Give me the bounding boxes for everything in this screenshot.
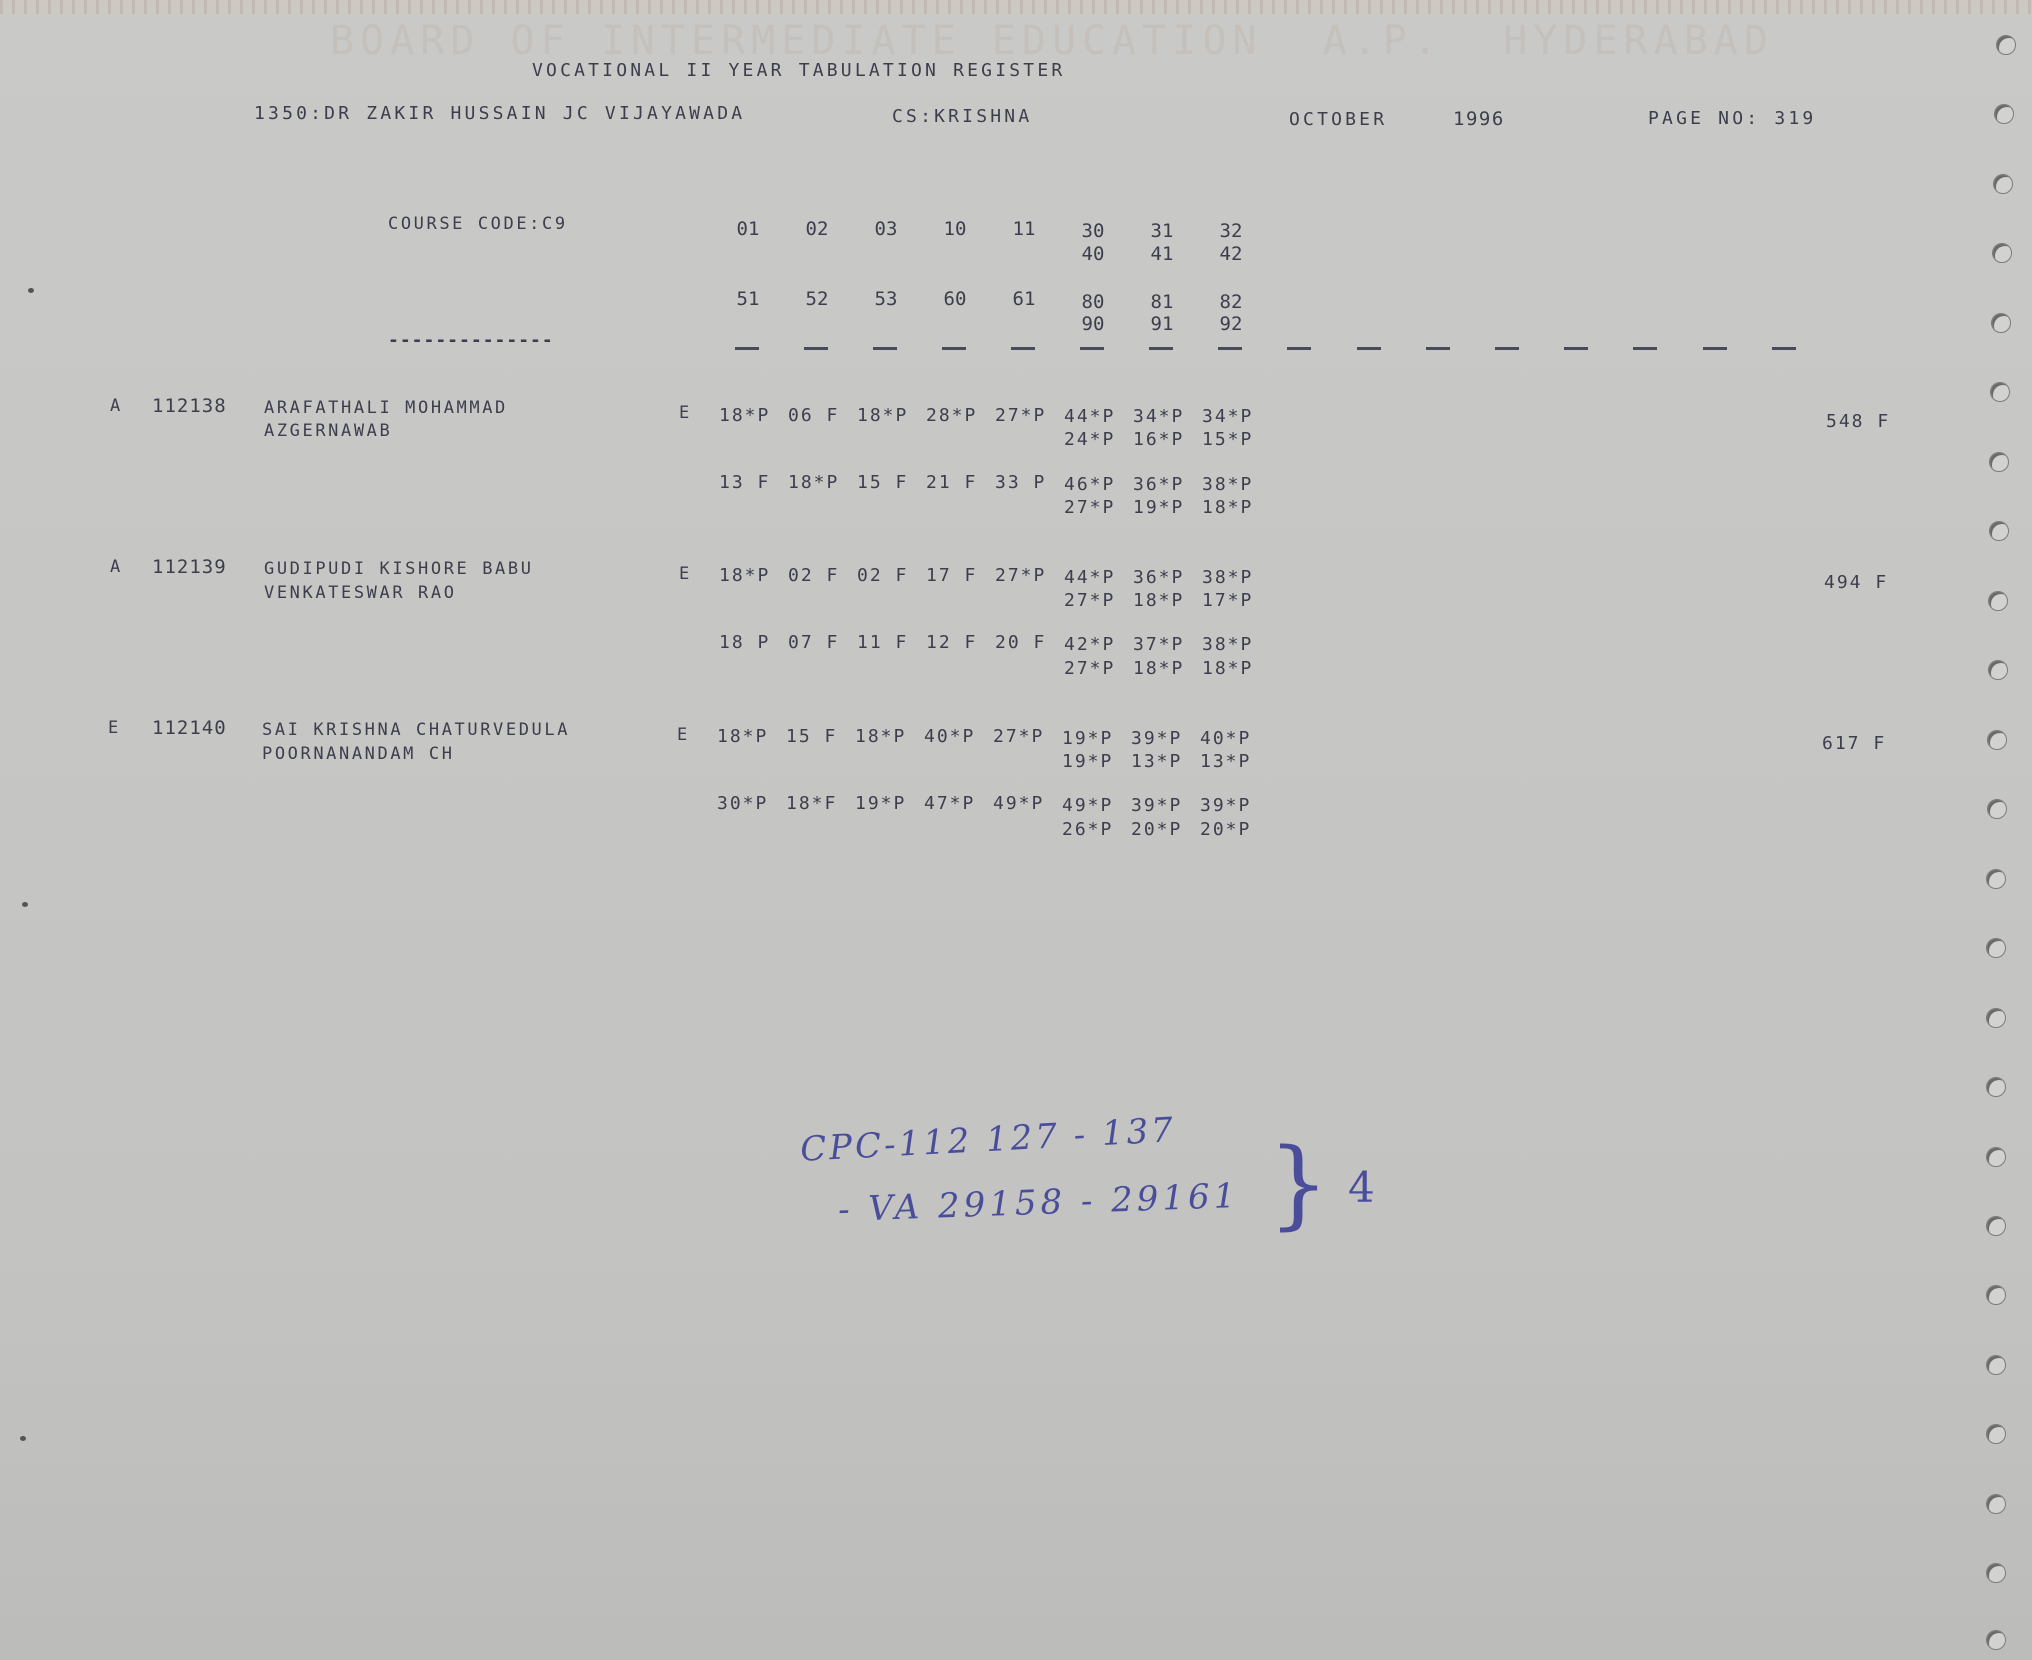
mark: 19*P	[1062, 751, 1113, 772]
page-number: PAGE NO: 319	[1648, 108, 1816, 129]
dash	[1357, 347, 1381, 350]
mark: 02 F	[788, 565, 839, 586]
dash	[1426, 347, 1450, 350]
hall-ticket-number: 112139	[152, 556, 227, 578]
col-header: 11	[999, 218, 1049, 240]
mark: 27*P	[1064, 658, 1115, 679]
col-header: 32	[1206, 220, 1256, 242]
paper-speck	[22, 902, 28, 907]
handwritten-count: 4	[1348, 1163, 1375, 1212]
col-header: 92	[1206, 313, 1256, 335]
student-category: A	[110, 396, 123, 416]
feed-hole	[1986, 1077, 2006, 1097]
dash	[942, 347, 966, 350]
mark: 27*P	[1064, 497, 1115, 518]
mark: 07 F	[788, 632, 839, 653]
dash	[1218, 347, 1242, 350]
feed-hole	[1986, 1424, 2006, 1444]
mark: 13 F	[719, 472, 770, 493]
mark: 38*P	[1202, 634, 1253, 655]
mark: 12 F	[926, 632, 977, 653]
mark: 27*P	[995, 405, 1046, 426]
col-header: 03	[861, 218, 911, 240]
feed-hole	[1988, 591, 2008, 611]
dash	[1633, 347, 1657, 350]
col-header: 90	[1068, 313, 1118, 335]
dash	[804, 347, 828, 350]
mark: 40*P	[924, 726, 975, 747]
dash	[1080, 347, 1104, 350]
student-name-line1: SAI KRISHNA CHATURVEDULA	[262, 720, 570, 740]
dash	[1011, 347, 1035, 350]
mark: 34*P	[1133, 406, 1184, 427]
mark: 18*P	[719, 405, 770, 426]
mark: 24*P	[1064, 429, 1115, 450]
mark: 44*P	[1064, 406, 1115, 427]
handwritten-line-1: CPC-112 127 - 137	[799, 1110, 1177, 1170]
mark: 36*P	[1133, 567, 1184, 588]
student-name-line1: GUDIPUDI KISHORE BABU	[264, 559, 534, 579]
dash	[1703, 347, 1727, 350]
mark: 17*P	[1202, 590, 1253, 611]
dash	[1772, 347, 1796, 350]
feed-hole	[1986, 1285, 2006, 1305]
register-title: VOCATIONAL II YEAR TABULATION REGISTER	[532, 60, 1065, 81]
mark: 17 F	[926, 565, 977, 586]
mark: 19*P	[855, 793, 906, 814]
mark: 19*P	[1062, 728, 1113, 749]
handwritten-line-2: - VA 29158 - 29161	[837, 1176, 1239, 1230]
col-header: 60	[930, 288, 980, 310]
dash	[1564, 347, 1588, 350]
mark: 18 P	[719, 632, 770, 653]
feed-hole	[1987, 799, 2007, 819]
paper-speck	[28, 288, 34, 293]
feed-hole	[1986, 938, 2006, 958]
feed-hole	[1986, 1147, 2006, 1167]
dash	[735, 347, 759, 350]
exam-year: 1996	[1453, 108, 1505, 130]
mark: 38*P	[1202, 474, 1253, 495]
mark: 37*P	[1133, 634, 1184, 655]
mark: 19*P	[1133, 497, 1184, 518]
col-header: 42	[1206, 243, 1256, 265]
feed-hole	[1986, 1563, 2006, 1583]
mark: 27*P	[993, 726, 1044, 747]
mark: 18*P	[719, 565, 770, 586]
feed-hole	[1986, 1008, 2006, 1028]
mark: 26*P	[1062, 819, 1113, 840]
mark: 18*F	[786, 793, 837, 814]
handwritten-brace: }	[1268, 1128, 1329, 1240]
mark: 18*P	[1202, 658, 1253, 679]
col-header: 81	[1137, 291, 1187, 313]
col-header: 02	[792, 218, 842, 240]
mark: 06 F	[788, 405, 839, 426]
mark: 15*P	[1202, 429, 1253, 450]
col-header: 30	[1068, 220, 1118, 242]
mark: 34*P	[1202, 406, 1253, 427]
col-header: 01	[723, 218, 773, 240]
feed-hole	[1991, 313, 2011, 333]
col-header: 61	[999, 288, 1049, 310]
total-result: 548 F	[1826, 411, 1890, 432]
student-category: E	[108, 718, 121, 738]
feed-hole	[1996, 35, 2016, 55]
col-header: 91	[1137, 313, 1187, 335]
mark: 18*P	[857, 405, 908, 426]
mark: 18*P	[1133, 590, 1184, 611]
feed-hole	[1986, 869, 2006, 889]
mark: 18*P	[855, 726, 906, 747]
mark: 39*P	[1131, 795, 1182, 816]
col-header: 52	[792, 288, 842, 310]
mark: 33 P	[995, 472, 1046, 493]
feed-hole	[1989, 452, 2009, 472]
student-name-line2: AZGERNAWAB	[264, 421, 392, 441]
course-code: COURSE CODE:C9	[388, 214, 568, 234]
mark: 20*P	[1131, 819, 1182, 840]
mark: 46*P	[1064, 474, 1115, 495]
mark: 38*P	[1202, 567, 1253, 588]
col-header: 51	[723, 288, 773, 310]
mark: 40*P	[1200, 728, 1251, 749]
mark: 44*P	[1064, 567, 1115, 588]
hall-ticket-number: 112140	[152, 717, 227, 739]
student-name-line2: VENKATESWAR RAO	[264, 583, 457, 603]
mark: 27*P	[1064, 590, 1115, 611]
dash	[873, 347, 897, 350]
student-category: A	[110, 557, 123, 577]
medium: E	[679, 403, 692, 423]
feed-hole	[1986, 1494, 2006, 1514]
dash	[1287, 347, 1311, 350]
mark: 18*P	[788, 472, 839, 493]
mark: 20*P	[1200, 819, 1251, 840]
mark: 11 F	[857, 632, 908, 653]
perforated-top-edge	[0, 0, 2032, 14]
mark: 02 F	[857, 565, 908, 586]
feed-hole	[1986, 1355, 2006, 1375]
feed-hole	[1992, 243, 2012, 263]
mark: 47*P	[924, 793, 975, 814]
feed-hole	[1987, 730, 2007, 750]
medium: E	[679, 564, 692, 584]
col-header: 53	[861, 288, 911, 310]
medium: E	[677, 725, 690, 745]
bleed-through-text: BOARD OF INTERMEDIATE EDUCATION A.P. HYD…	[330, 18, 1774, 64]
college-name: 1350:DR ZAKIR HUSSAIN JC VIJAYAWADA	[254, 103, 745, 124]
hall-ticket-number: 112138	[152, 395, 227, 417]
col-header: 80	[1068, 291, 1118, 313]
mark: 18*P	[1202, 497, 1253, 518]
mark: 15 F	[786, 726, 837, 747]
mark: 49*P	[993, 793, 1044, 814]
col-header: 82	[1206, 291, 1256, 313]
feed-hole	[1994, 104, 2014, 124]
col-header: 41	[1137, 243, 1187, 265]
mark: 36*P	[1133, 474, 1184, 495]
total-result: 494 F	[1824, 572, 1888, 593]
mark: 49*P	[1062, 795, 1113, 816]
student-name-line2: POORNANANDAM CH	[262, 744, 455, 764]
total-result: 617 F	[1822, 733, 1886, 754]
feed-hole	[1986, 1216, 2006, 1236]
mark: 39*P	[1200, 795, 1251, 816]
mark: 16*P	[1133, 429, 1184, 450]
mark: 13*P	[1131, 751, 1182, 772]
mark: 28*P	[926, 405, 977, 426]
mark: 18*P	[1133, 658, 1184, 679]
mark: 21 F	[926, 472, 977, 493]
feed-hole	[1986, 1630, 2006, 1650]
mark: 18*P	[717, 726, 768, 747]
district-label: CS:KRISHNA	[892, 106, 1032, 127]
mark: 13*P	[1200, 751, 1251, 772]
feed-hole	[1989, 521, 2009, 541]
dash	[1495, 347, 1519, 350]
feed-hole	[1990, 382, 2010, 402]
mark: 27*P	[995, 565, 1046, 586]
dash	[1149, 347, 1173, 350]
mark: 20 F	[995, 632, 1046, 653]
col-header: 31	[1137, 220, 1187, 242]
separator-line: --------------	[388, 330, 554, 351]
mark: 15 F	[857, 472, 908, 493]
exam-month: OCTOBER	[1289, 109, 1387, 130]
student-name-line1: ARAFATHALI MOHAMMAD	[264, 398, 508, 418]
col-header: 10	[930, 218, 980, 240]
feed-hole	[1988, 660, 2008, 680]
mark: 42*P	[1064, 634, 1115, 655]
mark: 30*P	[717, 793, 768, 814]
col-header: 40	[1068, 243, 1118, 265]
paper-speck	[20, 1436, 26, 1441]
feed-hole	[1993, 174, 2013, 194]
mark: 39*P	[1131, 728, 1182, 749]
